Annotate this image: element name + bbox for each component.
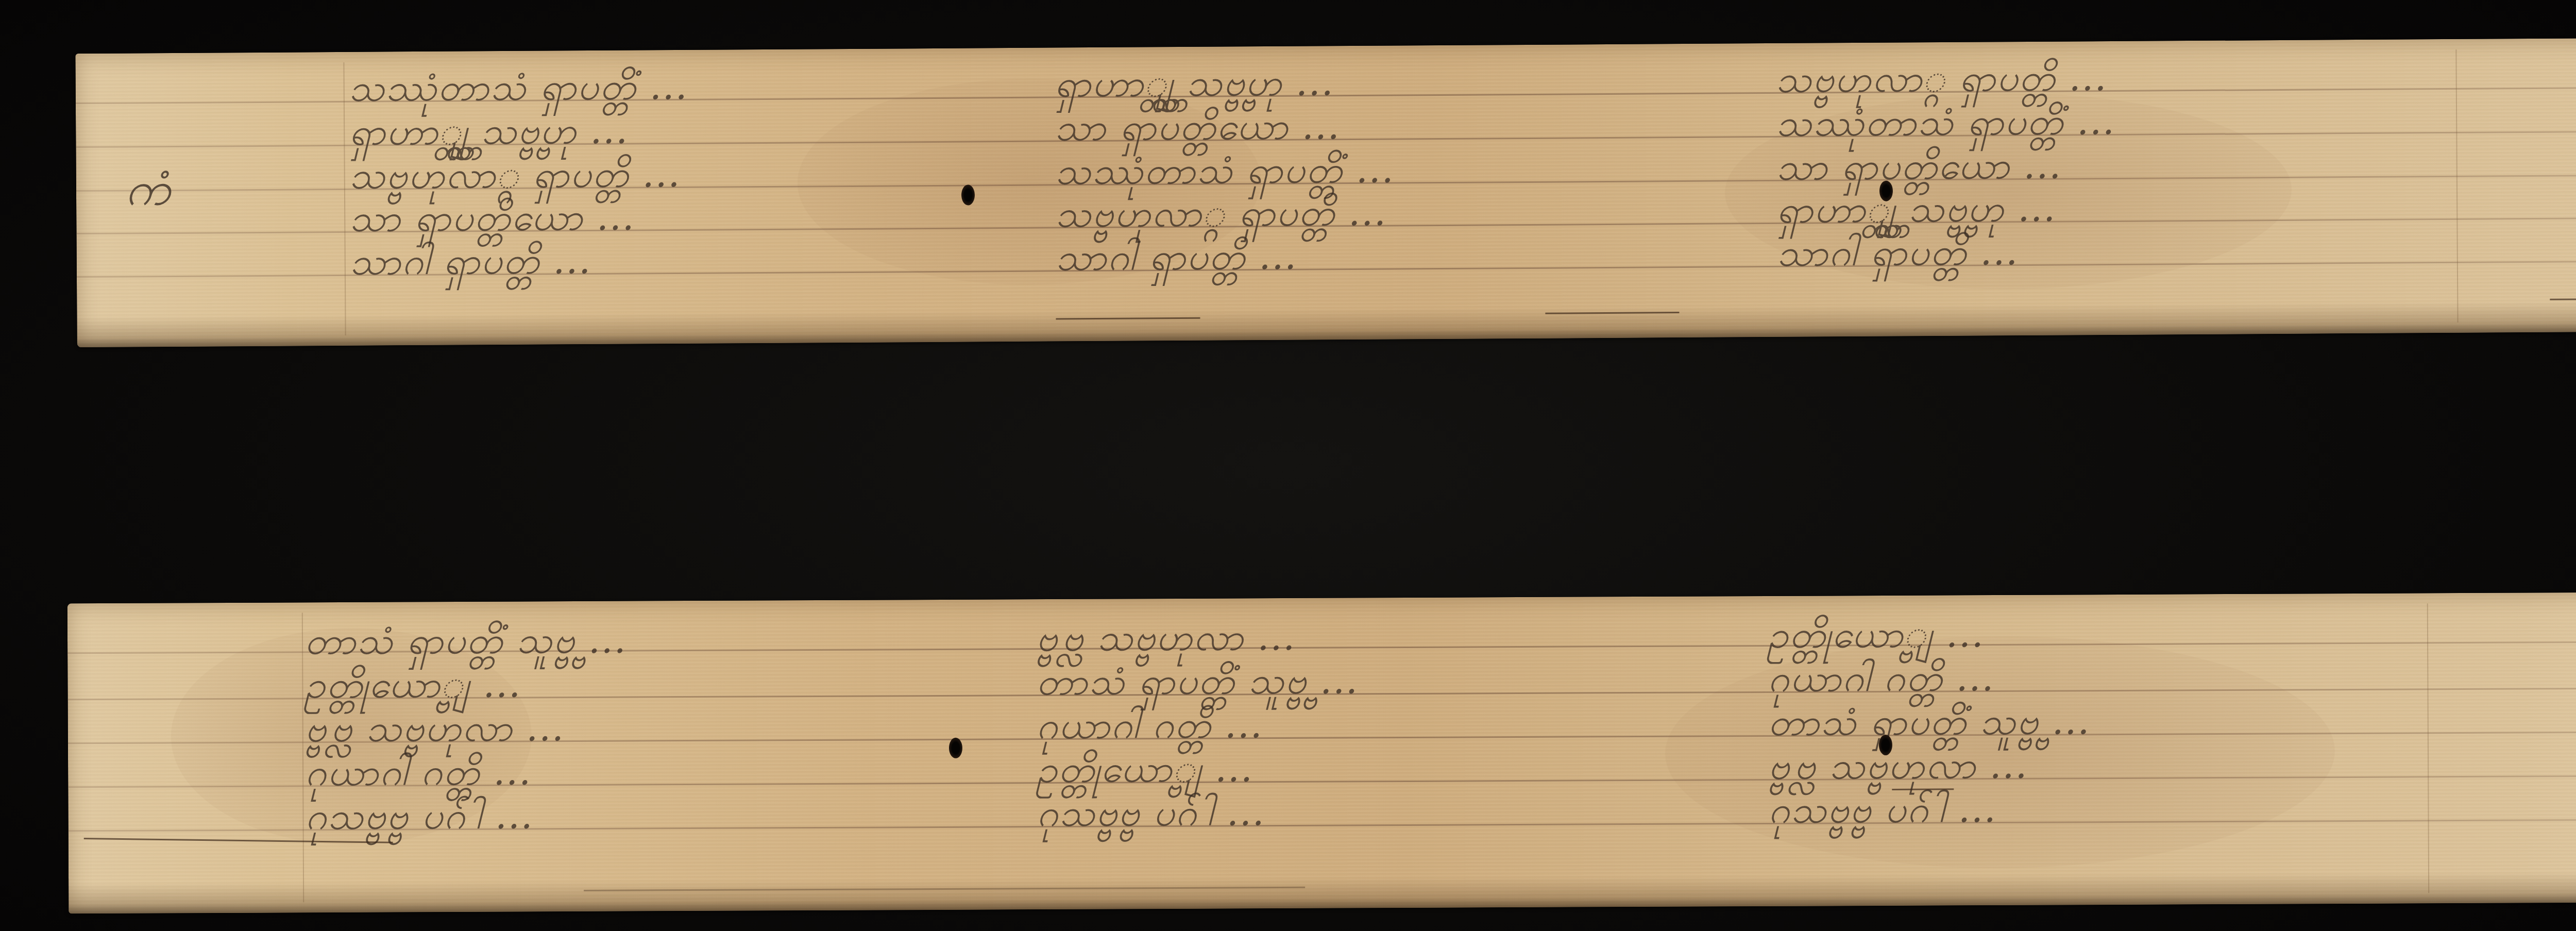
string-hole — [1879, 735, 1892, 755]
manuscript-line: ဂုသဗ္ဗဗ္ဗ ပဂ်ါ ... — [1037, 789, 1265, 844]
palm-leaf-folio-bottom: တာသံ ရှာပတ္တိံ သူဗ္ဗ္ဗ ... ဥတ္တိုယော္ဗျ … — [67, 592, 2576, 914]
folio-number: ကံ — [125, 159, 171, 228]
manuscript-line: သာဂါ ရှာပတ္တိ ... — [350, 237, 592, 293]
string-hole — [949, 738, 962, 758]
manuscript-line: သာဂါ ရှာပတ္တိ ... — [1776, 228, 2019, 284]
manuscript-line: သာဂါ ရှာပတ္တိ ... — [1055, 233, 1297, 289]
edge-damage — [1545, 312, 1679, 314]
crack — [584, 887, 1305, 891]
margin-rule — [343, 62, 346, 335]
crack — [1892, 788, 1954, 790]
margin-rule — [2455, 49, 2458, 323]
edge-damage — [1056, 317, 1200, 320]
manuscript-line: ဂုသဗ္ဗဗ္ဗ ပဂ်ါ ... — [1768, 786, 1997, 841]
manuscript-line: ဂုသဗ္ဗဗ္ဗ ပဂ်ါ ... — [305, 792, 534, 848]
palm-leaf-folio-top: ကံ သဿုံတာသံ ရှာပတ္တိံ ... ရှာဟာ္တ္တ္လျ သ… — [75, 37, 2576, 347]
edge-damage — [2550, 298, 2576, 300]
string-hole — [1879, 181, 1893, 201]
margin-rule — [2427, 603, 2429, 893]
string-hole — [961, 184, 975, 205]
